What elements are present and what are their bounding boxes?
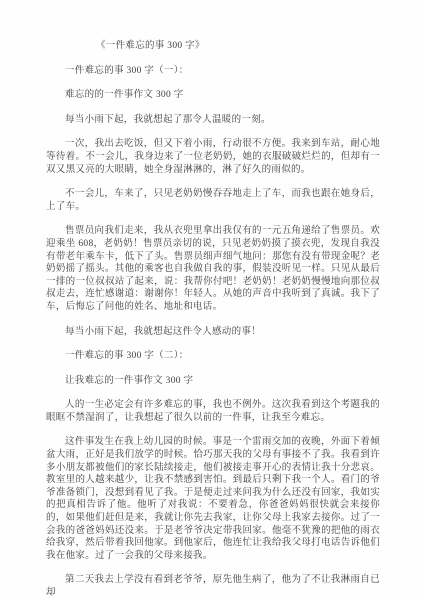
- document-page: 《一件难忘的事 300 字》 一件难忘的事 300 字（一）：难忘的的一件事作文…: [0, 0, 424, 600]
- section-heading: 难忘的的一件事作文 300 字: [46, 89, 380, 102]
- paragraph: 一次，我出去吃饭，但又下着小雨，行动很不方便。我来到车站，耐心地等待着。不一会儿…: [46, 138, 380, 176]
- paragraph: 这件事发生在我上幼儿园的时候。事是一个雷雨交加的夜晚，外面下着倾盆大雨，正好是我…: [46, 436, 380, 562]
- section-heading: 一件难忘的事 300 字（一）：: [46, 65, 380, 78]
- paragraph: 每当小雨下起，我就想起了那令人温暖的一刻。: [46, 114, 380, 127]
- paragraph: 人的一生必定会有许多难忘的事，我也不例外。这次我看到这个考题我的眼眶不禁湿润了，…: [46, 399, 380, 424]
- document-body: 一件难忘的事 300 字（一）：难忘的的一件事作文 300 字每当小雨下起，我就…: [46, 65, 380, 600]
- paragraph: 不一会儿，车来了，只见老奶奶慢吞吞地走上了车，而我也跟在她身后，上了车。: [46, 188, 380, 213]
- paragraph: 第二天我去上学没有看到老爷爷，原先他生病了，他为了不让我淋雨自已却: [46, 574, 380, 599]
- document-title: 《一件难忘的事 300 字》: [46, 40, 380, 53]
- paragraph: 每当小雨下起，我就想起这件令人感动的事！: [46, 326, 380, 339]
- section-heading: 一件难忘的事 300 字（二）：: [46, 350, 380, 363]
- paragraph: 售票员向我们走来，我从衣兜里拿出我仅有的一元五角递给了售票员。欢迎乘坐 608，…: [46, 225, 380, 313]
- section-heading: 让我难忘的一件事作文 300 字: [46, 375, 380, 388]
